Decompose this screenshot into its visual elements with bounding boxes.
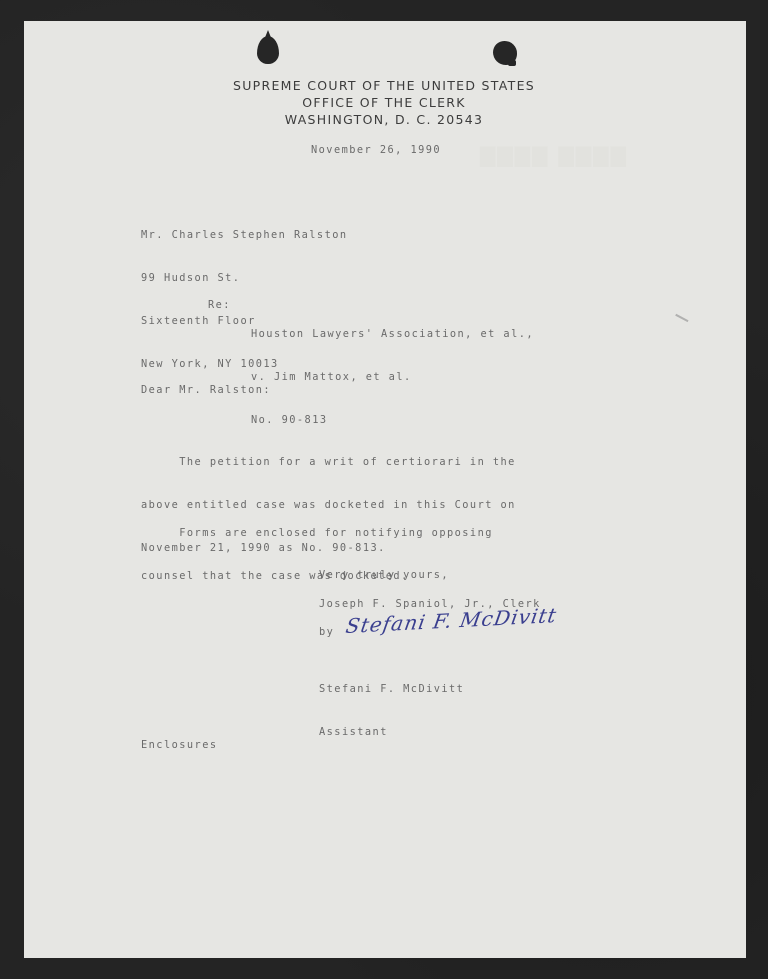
re-case-line-1: Houston Lawyers' Association, et al., (251, 327, 534, 341)
punch-hole-mark (493, 41, 517, 65)
letterhead-office: OFFICE OF THE CLERK (0, 94, 768, 111)
faint-show-through-mark: ▇▇▇▇ ▇▇▇▇ (480, 143, 628, 167)
signer-name: Stefani F. McDivitt (319, 682, 464, 696)
re-case-line-2: v. Jim Mattox, et al. (251, 370, 534, 384)
punch-hole-mark (257, 36, 279, 64)
recipient-name: Mr. Charles Stephen Ralston (141, 228, 348, 242)
letter-date: November 26, 1990 (311, 143, 441, 157)
paragraph-line: Forms are enclosed for notifying opposin… (141, 526, 493, 540)
re-subject: Houston Lawyers' Association, et al., v.… (251, 298, 534, 442)
paragraph-line: The petition for a writ of certiorari in… (141, 455, 516, 469)
recipient-street: 99 Hudson St. (141, 271, 348, 285)
re-label: Re: (208, 298, 231, 312)
closing: Very truly yours, (319, 568, 449, 582)
by-label: by (319, 625, 334, 639)
signer-block: Stefani F. McDivitt Assistant (319, 653, 464, 754)
body-paragraph-2: Forms are enclosed for notifying opposin… (141, 497, 493, 598)
salutation: Dear Mr. Ralston: (141, 383, 271, 397)
letterhead-address: WASHINGTON, D. C. 20543 (0, 111, 768, 128)
letterhead-court: SUPREME COURT OF THE UNITED STATES (0, 77, 768, 94)
letterhead: SUPREME COURT OF THE UNITED STATES OFFIC… (0, 77, 768, 128)
enclosures-note: Enclosures (141, 738, 218, 752)
signer-title: Assistant (319, 725, 464, 739)
